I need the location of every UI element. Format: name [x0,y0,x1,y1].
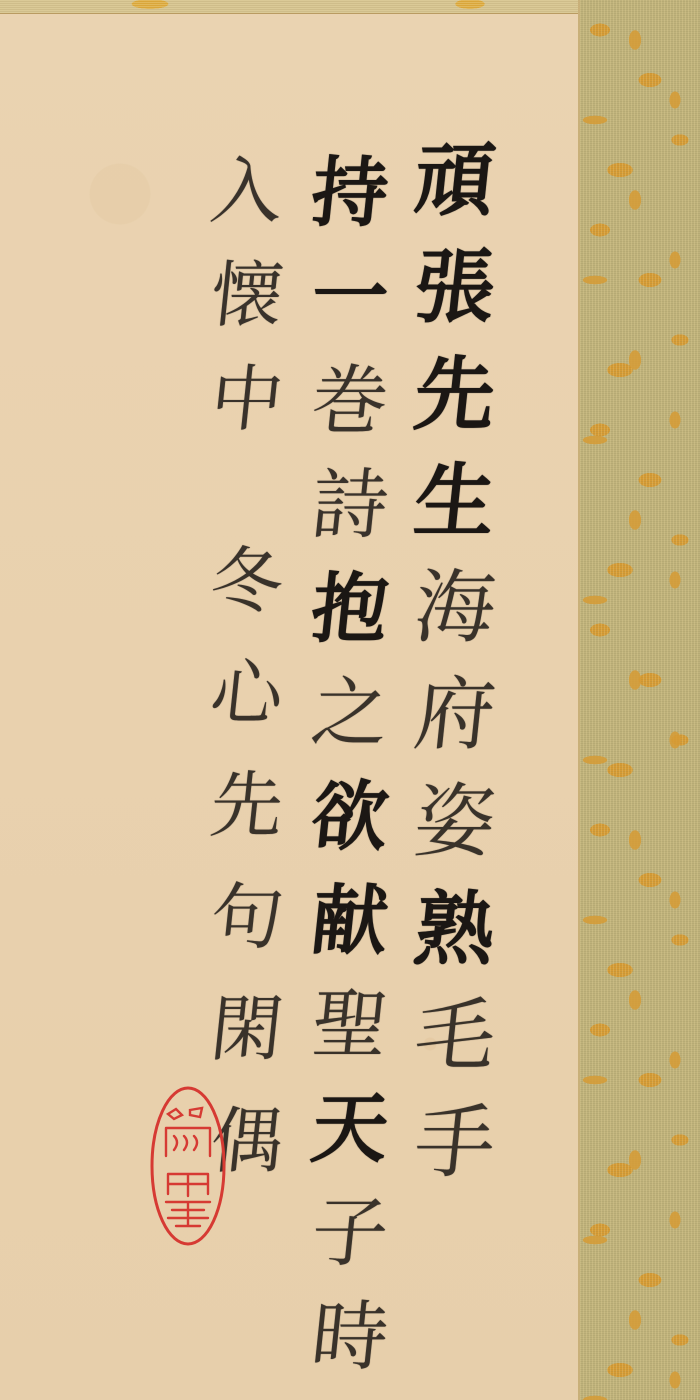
glyph: 熟 [411,889,499,969]
glyph: 巻 [308,363,392,439]
glyph: 府 [411,675,499,755]
glyph: 之 [308,675,392,751]
glyph: 心 [208,657,288,729]
glyph: 張 [411,247,499,327]
glyph: 持 [308,155,392,231]
glyph: 毛 [411,996,499,1076]
glyph: 閑 [208,993,288,1065]
glyph: 一 [308,259,392,335]
glyph: 姿 [411,782,499,862]
glyph: 生 [411,461,499,541]
glyph: 句 [208,881,288,953]
calligraphy-scroll: 頑 張 先 生 海 府 姿 熟 毛 手 持 一 巻 詩 抱 之 欲 献 聖 天 … [0,0,700,1400]
glyph: 抱 [308,571,392,647]
glyph: 天 [308,1091,392,1167]
calligraphy-column-2: 持 一 巻 詩 抱 之 欲 献 聖 天 子 時 [300,155,400,1400]
glyph: 詩 [308,467,392,543]
glyph: 献 [308,883,392,959]
glyph: 頑 [411,140,499,220]
glyph: 聖 [308,987,392,1063]
glyph: 先 [411,354,499,434]
glyph: 先 [208,769,288,841]
glyph: 冬 [208,545,288,617]
glyph: 海 [411,568,499,648]
glyph: 中 [208,363,288,435]
glyph: 入 [208,155,288,227]
right-brocade-border [580,0,700,1400]
calligraphy-column-1: 頑 張 先 生 海 府 姿 熟 毛 手 [405,140,505,1210]
glyph: 子 [308,1195,392,1271]
calligraphy-column-3: 入 懐 中 [200,155,295,467]
red-seal-stamp [148,1084,228,1248]
glyph: 欲 [308,779,392,855]
glyph: 手 [411,1103,499,1183]
glyph: 時 [308,1299,392,1375]
glyph: 懐 [208,259,288,331]
